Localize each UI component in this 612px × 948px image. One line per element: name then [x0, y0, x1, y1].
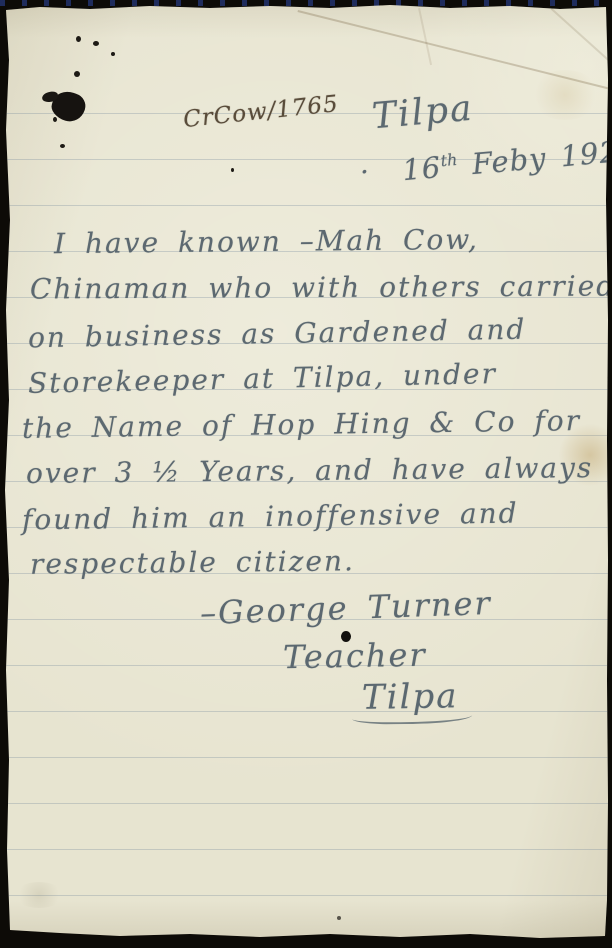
signature-place: Tilpa	[352, 675, 473, 725]
signature-role: Teacher	[283, 635, 427, 678]
paper-stain	[14, 882, 64, 908]
ink-speck	[74, 71, 80, 77]
letter-body-line: respectable citizen.	[30, 543, 355, 581]
binding-stitch-remnants	[0, 0, 612, 6]
letter-body-line: over 3 ½ Years, and have always	[26, 450, 594, 491]
scanned-letter: CrCow/1765 Tilpa . 16th Feby 1924 I have…	[0, 0, 612, 948]
letter-body-line: I have known –Mah Cow,	[54, 222, 479, 261]
paper-crease	[551, 8, 612, 66]
date-leading-mark: .	[360, 146, 371, 181]
letter-body-line: Chinaman who with others carried	[30, 268, 612, 306]
ink-speck	[53, 117, 57, 122]
ink-speck	[60, 144, 65, 148]
paper-sheet: CrCow/1765 Tilpa . 16th Feby 1924 I have…	[0, 0, 612, 948]
paper-stain	[530, 70, 600, 120]
ink-speck	[76, 36, 81, 42]
letter-body-line: found him an inoffensive and	[22, 496, 519, 538]
date-ordinal: th	[440, 150, 458, 170]
ink-speck	[111, 52, 115, 56]
signature-name-text: George Turner	[217, 584, 492, 632]
ink-speck	[93, 41, 99, 46]
ink-speck	[337, 916, 341, 920]
ink-speck	[231, 168, 234, 172]
date-day: 16	[401, 150, 443, 187]
paper-crease	[419, 8, 433, 65]
heading-place: Tilpa	[370, 86, 475, 140]
signature-flourish: –	[199, 593, 218, 632]
